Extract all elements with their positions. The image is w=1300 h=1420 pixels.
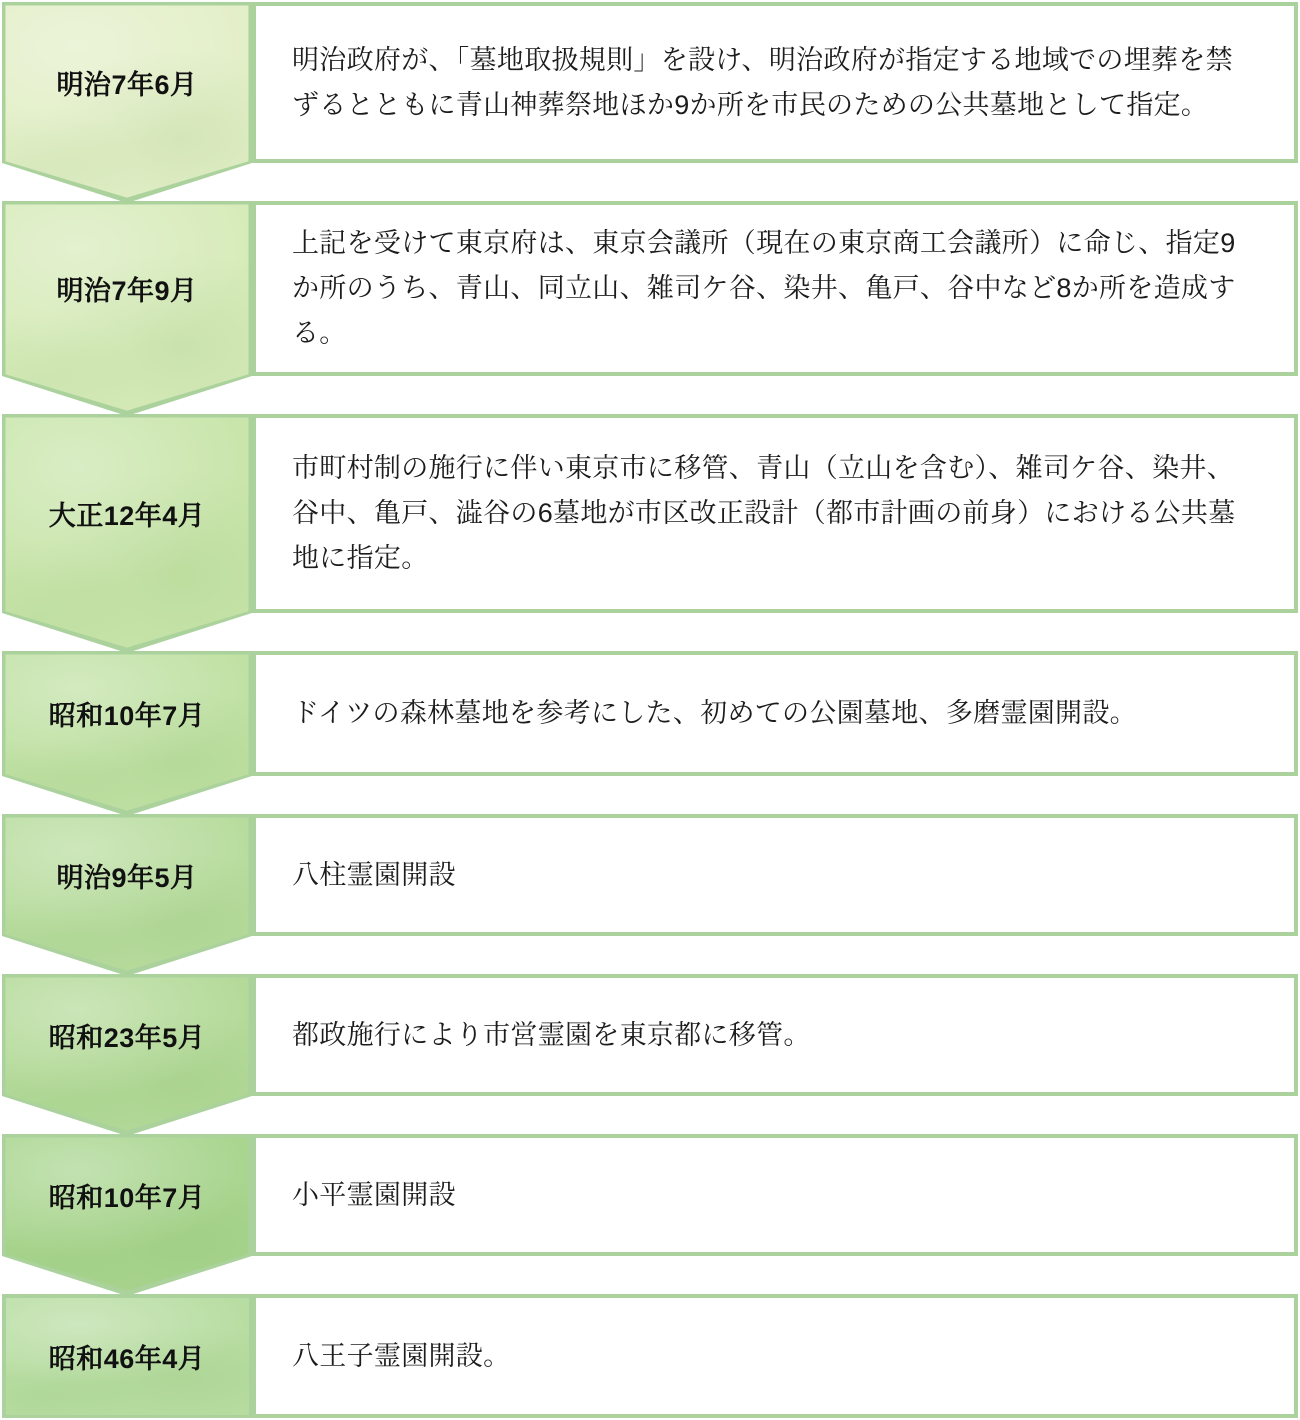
timeline-row: 明治9年5月 八柱霊園開設	[2, 814, 1298, 936]
timeline-entry-box: 八柱霊園開設	[252, 814, 1298, 936]
timeline-date: 昭和23年5月	[2, 974, 252, 1096]
timeline-entry-text: 明治政府が、「墓地取扱規則」を設け、明治政府が指定する地域での埋葬を禁ずるととも…	[292, 38, 1260, 128]
timeline-date-cell: 昭和46年4月	[2, 1294, 252, 1418]
timeline-entry-text: 上記を受けて東京府は、東京会議所（現在の東京商工会議所）に命じ、指定9か所のうち…	[292, 221, 1260, 356]
timeline-entry-text: ドイツの森林墓地を参考にした、初めての公園墓地、多磨霊園開設。	[292, 691, 1137, 736]
timeline-date-cell: 昭和10年7月	[2, 651, 252, 776]
timeline-row: 明治7年6月 明治政府が、「墓地取扱規則」を設け、明治政府が指定する地域での埋葬…	[2, 2, 1298, 163]
timeline-date: 明治7年6月	[2, 2, 252, 163]
cemetery-history-timeline: 明治7年6月 明治政府が、「墓地取扱規則」を設け、明治政府が指定する地域での埋葬…	[0, 0, 1300, 1420]
timeline-row: 昭和46年4月 八王子霊園開設。	[2, 1294, 1298, 1418]
timeline-date-cell: 大正12年4月	[2, 414, 252, 613]
timeline-entry-box: 明治政府が、「墓地取扱規則」を設け、明治政府が指定する地域での埋葬を禁ずるととも…	[252, 2, 1298, 163]
timeline-row: 昭和10年7月 小平霊園開設	[2, 1134, 1298, 1256]
timeline-row: 明治7年9月 上記を受けて東京府は、東京会議所（現在の東京商工会議所）に命じ、指…	[2, 201, 1298, 376]
timeline-date: 昭和46年4月	[2, 1294, 252, 1418]
timeline-date-cell: 明治7年6月	[2, 2, 252, 163]
timeline-entry-text: 八柱霊園開設	[292, 853, 456, 898]
timeline-entry-text: 都政施行により市営霊園を東京都に移管。	[292, 1013, 811, 1058]
timeline-entry-box: 小平霊園開設	[252, 1134, 1298, 1256]
timeline-date: 昭和10年7月	[2, 651, 252, 776]
timeline-date: 明治7年9月	[2, 201, 252, 376]
timeline-row: 昭和23年5月 都政施行により市営霊園を東京都に移管。	[2, 974, 1298, 1096]
timeline-date-cell: 明治7年9月	[2, 201, 252, 376]
timeline-date: 明治9年5月	[2, 814, 252, 936]
timeline-entry-box: ドイツの森林墓地を参考にした、初めての公園墓地、多磨霊園開設。	[252, 651, 1298, 776]
timeline-date-cell: 昭和23年5月	[2, 974, 252, 1096]
timeline-row: 大正12年4月 市町村制の施行に伴い東京市に移管、青山（立山を含む）、雑司ケ谷、…	[2, 414, 1298, 613]
timeline-row: 昭和10年7月 ドイツの森林墓地を参考にした、初めての公園墓地、多磨霊園開設。	[2, 651, 1298, 776]
timeline-entry-box: 市町村制の施行に伴い東京市に移管、青山（立山を含む）、雑司ケ谷、染井、谷中、亀戸…	[252, 414, 1298, 613]
timeline-entry-text: 八王子霊園開設。	[292, 1334, 510, 1379]
timeline-date-cell: 昭和10年7月	[2, 1134, 252, 1256]
timeline-entry-text: 市町村制の施行に伴い東京市に移管、青山（立山を含む）、雑司ケ谷、染井、谷中、亀戸…	[292, 446, 1260, 581]
timeline-entry-box: 都政施行により市営霊園を東京都に移管。	[252, 974, 1298, 1096]
timeline-date: 昭和10年7月	[2, 1134, 252, 1256]
timeline-entry-text: 小平霊園開設	[292, 1173, 456, 1218]
timeline-entry-box: 八王子霊園開設。	[252, 1294, 1298, 1418]
timeline-date: 大正12年4月	[2, 414, 252, 613]
timeline-date-cell: 明治9年5月	[2, 814, 252, 936]
timeline-entry-box: 上記を受けて東京府は、東京会議所（現在の東京商工会議所）に命じ、指定9か所のうち…	[252, 201, 1298, 376]
